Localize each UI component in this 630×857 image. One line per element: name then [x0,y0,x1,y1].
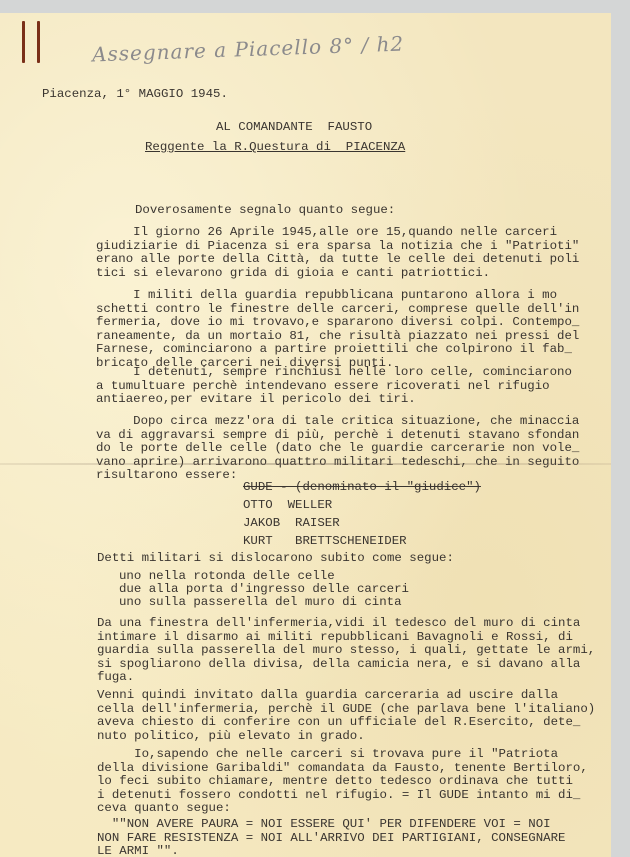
struck-name: GUDE - (denominato il "giudice") [243,481,481,495]
paragraph-4: Dopo circa mezz'ora di tale critica situ… [96,415,579,483]
document-page: Assegnare a Piacello 8° / h2 Piacenza, 1… [0,13,611,857]
paragraph-1: Il giorno 26 Aprile 1945,alle ore 15,qua… [96,226,579,280]
paragraph-5: Da una finestra dell'infermeria,vidi il … [97,617,595,685]
staple-mark [22,21,25,63]
deployment-item: uno sulla passerella del muro di cinta [119,596,402,610]
handwritten-note: Assegnare a Piacello 8° / h2 [92,32,405,67]
addressee-subtitle: Reggente la R.Questura di PIACENZA [145,140,405,154]
paragraph-7: Io,sapendo che nelle carceri si trovava … [97,748,588,816]
name-kurt-brettscheneider: KURT BRETTSCHENEIDER [243,535,407,549]
quote: ""NON AVERE PAURA = NOI ESSERE QUI' PER … [97,818,565,857]
opening-line: Doverosamente segnalo quanto segue: [135,204,395,218]
addressee: AL COMANDANTE FAUSTO [216,120,372,134]
name-jakob-raiser: JAKOB RAISER [243,517,340,531]
paragraph-6: Venni quindi invitato dalla guardia carc… [97,689,595,743]
deployment-intro: Detti militari si dislocarono subito com… [97,552,454,566]
paragraph-3: I detenuti, sempre rinchiusi nelle loro … [96,366,572,407]
name-otto-weller: OTTO WELLER [243,499,332,513]
date-line: Piacenza, 1° MAGGIO 1945. [42,87,228,101]
staple-mark [37,21,40,63]
paragraph-2: I militi della guardia repubblicana punt… [96,289,579,371]
